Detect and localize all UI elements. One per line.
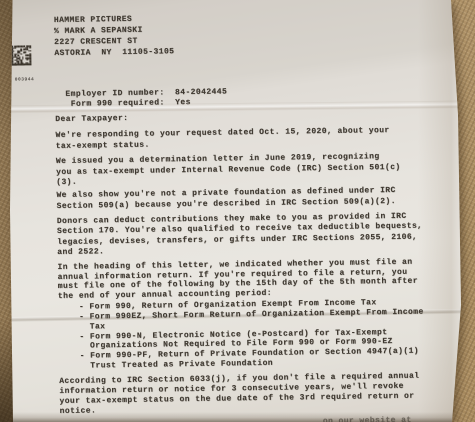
paragraph-filing-requirements: In the heading of this letter, we indica…	[57, 257, 418, 301]
paragraph-response: We're responding to your request dated O…	[55, 126, 389, 152]
paper-wrap: 003944 HAMMER PICTURES % MARK A SEPANSKI…	[0, 0, 475, 422]
mail-code: 003944	[15, 77, 35, 82]
datamatrix-barcode-icon	[11, 45, 31, 65]
fold-crease-top	[0, 101, 475, 114]
paper-bottom-shadow	[0, 412, 475, 422]
cutoff-line-fragment: on our website at	[323, 416, 412, 422]
salutation: Dear Taxpayer:	[55, 114, 128, 126]
paragraph-determination: We issued you a determination letter in …	[56, 152, 401, 189]
forms-list: - Form 990, Return of Organization Exemp…	[58, 297, 424, 372]
paragraph-donor-deductions: Donors can deduct contributions they mak…	[57, 212, 423, 259]
letter-content: 003944 HAMMER PICTURES % MARK A SEPANSKI…	[0, 0, 475, 422]
photo-background: 003944 HAMMER PICTURES % MARK A SEPANSKI…	[0, 0, 475, 422]
recipient-address: HAMMER PICTURES % MARK A SEPANSKI 2227 C…	[54, 13, 175, 59]
paragraph-foundation-status: We also show you're not a private founda…	[56, 186, 396, 212]
paragraph-revocation-warning: According to IRC Section 6033(j), if you…	[59, 372, 420, 417]
tax-id-fields: Employer ID number: 84-2042445 Form 990 …	[55, 87, 228, 111]
fold-crease-bottom	[0, 309, 475, 323]
paper-sheet: 003944 HAMMER PICTURES % MARK A SEPANSKI…	[0, 0, 475, 422]
